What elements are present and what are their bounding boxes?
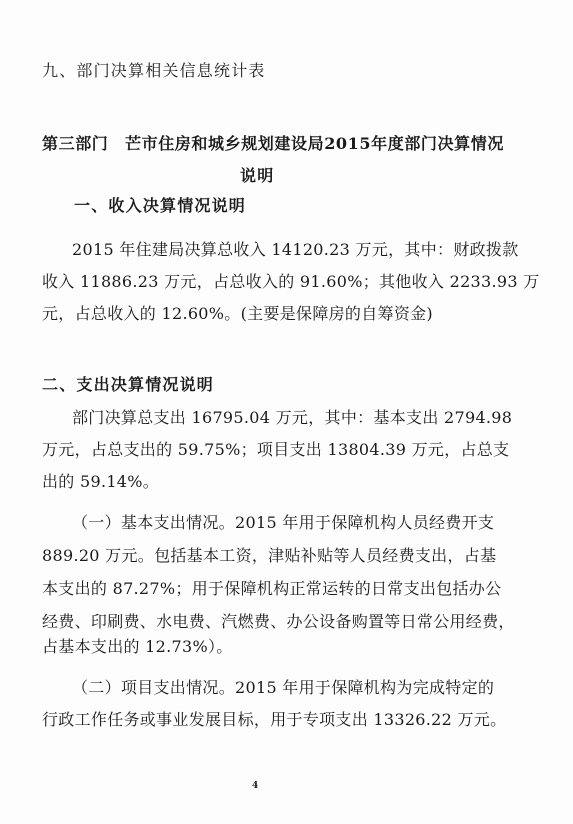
section-heading-nine: 九、部门决算相关信息统计表	[42, 58, 266, 81]
basic-expense-line: 889.20 万元。包括基本工资，津贴补贴等人员经费支出，占基	[42, 543, 496, 566]
basic-expense-line: 经费、印刷费、水电费、汽燃费、办公设备购置等日常公用经费，	[42, 609, 515, 632]
expense-paragraph-line: 出的 59.14%。	[42, 469, 159, 492]
expense-section-heading: 二、支出决算情况说明	[42, 372, 214, 395]
expense-paragraph-line: 部门决算总支出 16795.04 万元，其中：基本支出 2794.98	[72, 405, 512, 428]
expense-paragraph-line: 万元，占总支出的 59.75%；项目支出 13804.39 万元，占总支	[42, 437, 509, 460]
income-section-heading: 一、收入决算情况说明	[74, 193, 246, 216]
document-title-line1: 第三部门 芒市住房和城乡规划建设局2015年度部门决算情况	[42, 131, 504, 154]
document-title-line2: 说明	[240, 163, 274, 186]
income-paragraph-line: 元，占总收入的 12.60%。(主要是保障房的自筹资金)	[42, 301, 433, 324]
project-expense-line: 行政工作任务或事业发展目标，用于专项支出 13326.22 万元。	[42, 707, 506, 730]
income-paragraph-line: 2015 年住建局决算总收入 14120.23 万元，其中：财政拨款	[72, 237, 519, 260]
page-number: 4	[252, 781, 258, 791]
basic-expense-line: （一）基本支出情况。2015 年用于保障机构人员经费开支	[72, 510, 494, 533]
project-expense-line: （二）项目支出情况。2015 年用于保障机构为完成特定的	[72, 675, 494, 698]
income-paragraph-line: 收入 11886.23 万元，占总收入的 91.60%；其他收入 2233.93…	[42, 269, 540, 292]
basic-expense-line: 本支出的 87.27%；用于保障机构正常运转的日常支出包括办公	[42, 576, 501, 599]
basic-expense-line: 占基本支出的 12.73%）。	[42, 634, 233, 657]
